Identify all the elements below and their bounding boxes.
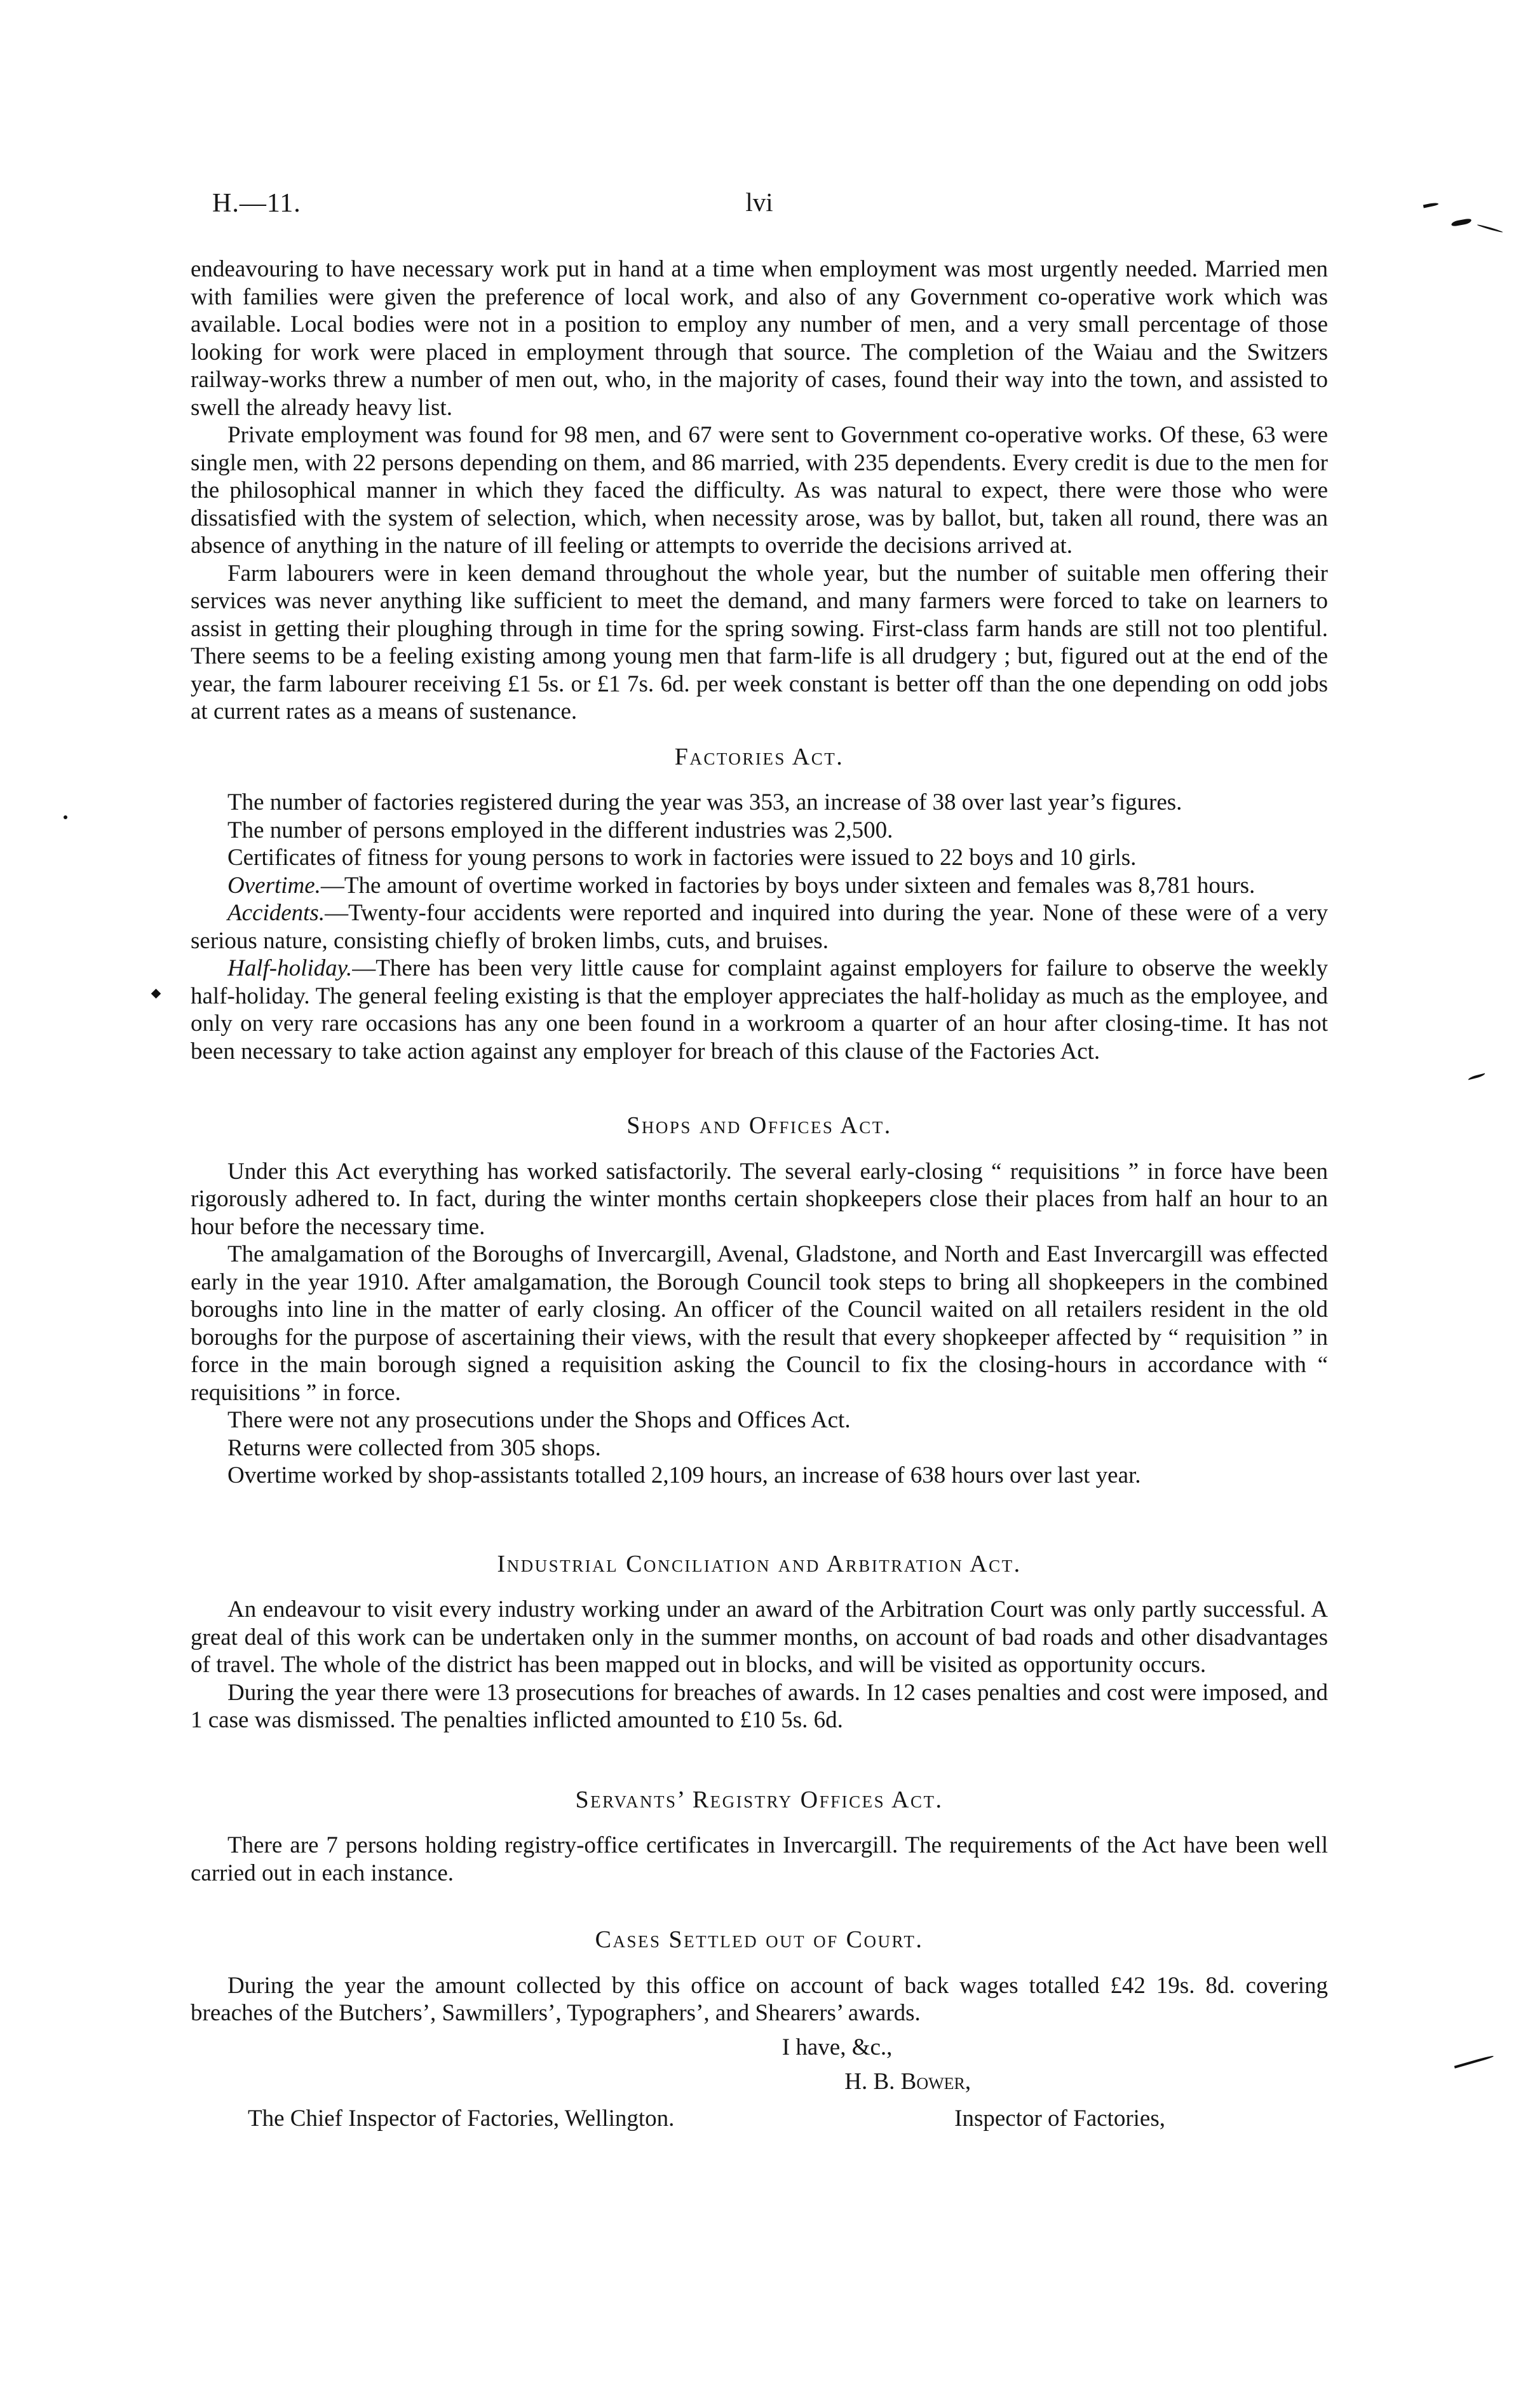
document-body: endeavouring to have necessary work put … — [191, 255, 1328, 2132]
paragraph: During the year there were 13 prosecutio… — [191, 1679, 1328, 1734]
paragraph: Private employment was found for 98 men,… — [191, 421, 1328, 560]
scan-artifact — [1454, 2055, 1494, 2068]
section-heading-factories-act: Factories Act. — [191, 744, 1328, 772]
paragraph: Returns were collected from 305 shops. — [191, 1434, 1328, 1462]
paragraph: There are 7 persons holding registry-off… — [191, 1832, 1328, 1887]
addressee: The Chief Inspector of Factories, Wellin… — [248, 2105, 674, 2133]
text-block: H.—11. lvi endeavouring to have necessar… — [191, 187, 1328, 2132]
page-header: H.—11. lvi — [191, 187, 1328, 224]
scan-artifact — [1451, 218, 1472, 226]
scan-artifact — [151, 989, 161, 999]
paragraph: Overtime.—The amount of overtime worked … — [191, 872, 1328, 900]
scan-artifact — [1423, 202, 1439, 208]
paragraph: An endeavour to visit every industry wor… — [191, 1596, 1328, 1679]
valediction: I have, &c., — [782, 2034, 1328, 2062]
section-heading-industrial-conciliation-arbitration-act: Industrial Conciliation and Arbitration … — [191, 1551, 1328, 1579]
page-number: lvi — [191, 187, 1328, 217]
paragraph: Certificates of fitness for young person… — [191, 844, 1328, 872]
paragraph: endeavouring to have necessary work put … — [191, 255, 1328, 421]
paragraph: Accidents.—Twenty-four accidents were re… — [191, 899, 1328, 955]
scan-artifact — [1468, 1073, 1486, 1080]
paragraph: Farm labourers were in keen demand throu… — [191, 560, 1328, 726]
signature-name: H. B. Bower, — [844, 2068, 1328, 2096]
paragraph-text: —There has been very little cause for co… — [191, 955, 1328, 1065]
signatory-title: Inspector of Factories, — [954, 2105, 1165, 2133]
paragraph: The number of persons employed in the di… — [191, 817, 1328, 845]
paragraph: Half-holiday.—There has been very little… — [191, 955, 1328, 1065]
paragraph: During the year the amount collected by … — [191, 1972, 1328, 2027]
paragraph-text: —The amount of overtime worked in factor… — [321, 873, 1255, 899]
paragraph-text: —Twenty-four accidents were reported and… — [191, 900, 1328, 954]
document-page: H.—11. lvi endeavouring to have necessar… — [0, 0, 1516, 2408]
closing-final-row: The Chief Inspector of Factories, Wellin… — [191, 2105, 1328, 2133]
paragraph: The number of factories registered durin… — [191, 789, 1328, 817]
section-heading-cases-settled-out-of-court: Cases Settled out of Court. — [191, 1926, 1328, 1954]
paragraph-lead: Overtime. — [227, 873, 321, 899]
paragraph-lead: Accidents. — [227, 900, 325, 926]
paragraph: Under this Act everything has worked sat… — [191, 1158, 1328, 1241]
section-heading-servants-registry-offices-act: Servants’ Registry Offices Act. — [191, 1786, 1328, 1814]
section-heading-shops-and-offices-act: Shops and Offices Act. — [191, 1112, 1328, 1140]
paragraph: The amalgamation of the Boroughs of Inve… — [191, 1241, 1328, 1406]
paragraph: There were not any prosecutions under th… — [191, 1406, 1328, 1434]
paragraph-lead: Half-holiday. — [227, 955, 352, 981]
scan-artifact — [1477, 224, 1503, 233]
paragraph: Overtime worked by shop-assistants total… — [191, 1462, 1328, 1490]
scan-artifact — [64, 815, 67, 819]
closing-block: I have, &c., H. B. Bower, The Chief Insp… — [191, 2034, 1328, 2133]
